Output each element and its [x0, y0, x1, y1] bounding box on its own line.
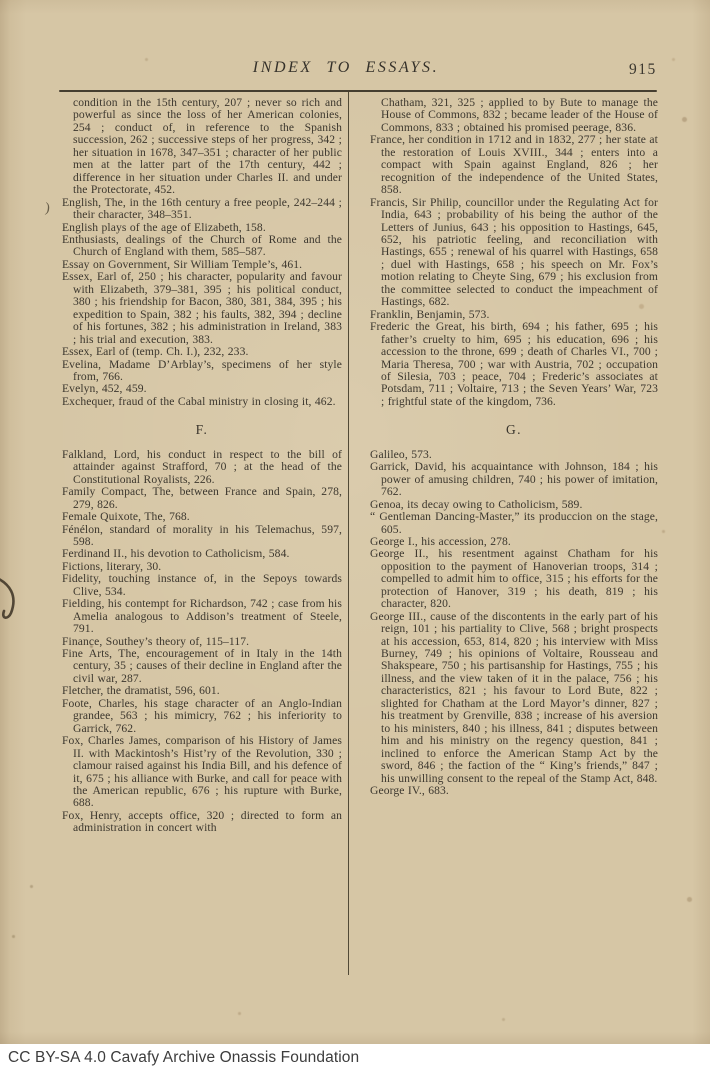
index-entry: Garrick, David, his acquaintance with Jo… [370, 461, 658, 498]
index-entry: Enthusiasts, dealings of the Church of R… [62, 234, 342, 259]
stray-mark: ) [44, 201, 50, 217]
index-entry: “ Gentleman Dancing-Master,” its producc… [370, 511, 658, 536]
book-page: INDEX TO ESSAYS. 915 condition in the 15… [0, 0, 710, 1044]
index-entry: Foote, Charles, his stage character of a… [62, 698, 342, 735]
index-entry: Fénélon, standard of morality in his Tel… [62, 524, 342, 549]
index-entry: Fox, Henry, accepts office, 320 ; direct… [62, 810, 342, 835]
page-title: INDEX TO ESSAYS. [0, 59, 692, 77]
section-heading: G. [370, 408, 658, 448]
index-entry: Fox, Charles James, comparison of his Hi… [62, 735, 342, 810]
index-entry: Exchequer, fraud of the Cabal ministry i… [62, 396, 342, 408]
ink-mark-icon [0, 575, 26, 623]
index-columns: condition in the 15th century, 207 ; nev… [62, 97, 658, 835]
index-entry: Chatham, 321, 325 ; applied to by Bute t… [370, 97, 658, 134]
license-text: CC BY-SA 4.0 Cavafy Archive Onassis Foun… [8, 1049, 359, 1067]
index-entry: condition in the 15th century, 207 ; nev… [62, 97, 342, 197]
index-entry: Ferdinand II., his devotion to Catholici… [62, 548, 342, 560]
index-entry: Fletcher, the dramatist, 596, 601. [62, 685, 342, 697]
index-entry: George III., cause of the discontents in… [370, 611, 658, 785]
index-entry: George II., his resentment against Chath… [370, 548, 658, 610]
index-entry: Female Quixote, The, 768. [62, 511, 342, 523]
left-column: condition in the 15th century, 207 ; nev… [62, 97, 342, 835]
paper-specks [0, 0, 3, 3]
index-entry: Fidelity, touching instance of, in the S… [62, 573, 342, 598]
license-bar: CC BY-SA 4.0 Cavafy Archive Onassis Foun… [0, 1044, 710, 1076]
index-entry: Falkland, Lord, his conduct in respect t… [62, 449, 342, 486]
index-entry: Essex, Earl of, 250 ; his character, pop… [62, 271, 342, 346]
page-number: 915 [629, 61, 657, 79]
index-entry: Frederic the Great, his birth, 694 ; his… [370, 321, 658, 408]
section-heading: F. [62, 408, 342, 448]
index-entry: Fine Arts, The, encouragement of in Ital… [62, 648, 342, 685]
index-entry: Francis, Sir Philip, councillor under th… [370, 197, 658, 309]
index-entry: English, The, in the 16th century a free… [62, 197, 342, 222]
index-entry: France, her condition in 1712 and in 183… [370, 134, 658, 196]
index-entry: Evelina, Madame D’Arblay’s, specimens of… [62, 359, 342, 384]
index-entry: George IV., 683. [370, 785, 658, 797]
right-column: Chatham, 321, 325 ; applied to by Bute t… [370, 97, 658, 835]
index-entry: Family Compact, The, between France and … [62, 486, 342, 511]
index-entry: Fielding, his contempt for Richardson, 7… [62, 598, 342, 635]
index-entry: Essex, Earl of (temp. Ch. I.), 232, 233. [62, 346, 342, 358]
index-entry: Evelyn, 452, 459. [62, 383, 342, 395]
header-rule [59, 90, 657, 92]
